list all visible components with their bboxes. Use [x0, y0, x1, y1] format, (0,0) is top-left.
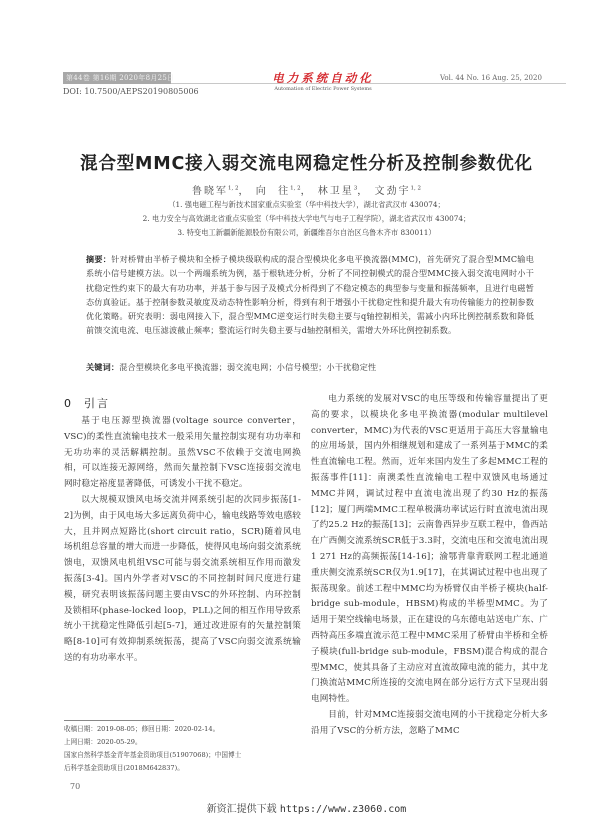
footnote-received-date: 收稿日期：2019-08-05；修回日期：2020-02-14。	[64, 724, 219, 734]
keywords: 关键词：混合型模块化多电平换流器；弱交流电网；小信号模型；小干扰稳定性	[86, 362, 534, 373]
watermark-url[interactable]: https://www.z3060.com	[280, 804, 406, 815]
paper-title: 混合型MMC接入弱交流电网稳定性分析及控制参数优化	[0, 150, 613, 175]
author-name: 文劲宇	[374, 186, 410, 197]
author-affil-mark: 3	[354, 186, 358, 192]
footnote-funding-cont: 后科学基金资助项目(2018M642837)。	[64, 763, 184, 773]
watermark-text: 新资汇提供下载	[207, 804, 277, 815]
author-affil-mark: 1, 2	[290, 186, 301, 192]
journal-english-name: Automation of Electric Power Systems	[255, 86, 391, 92]
left-column: 基于电压源型换流器(voltage source converter，VSC)的…	[64, 414, 301, 667]
abstract: 摘要：针对桥臂由半桥子模块和全桥子模块级联构成的混合型模块化多电平换流器(MMC…	[86, 252, 534, 338]
footnote-rule	[64, 720, 174, 721]
footnote-funding: 国家自然科学基金青年基金资助项目(51907068)；中国博士	[64, 750, 241, 760]
journal-logo: 电力系统自动化	[268, 70, 378, 86]
author-name: 向 往	[256, 186, 290, 197]
section-number: 0	[64, 397, 73, 410]
author-affil-mark: 1, 2	[228, 186, 239, 192]
page-number: 70	[70, 782, 80, 791]
abstract-label: 摘要：	[86, 254, 111, 264]
section-title: 引言	[84, 397, 110, 410]
affiliation-3: 3. 特变电工新疆新能源股份有限公司，新疆维吾尔自治区乌鲁木齐市 830011）	[0, 228, 613, 238]
author-name: 鲁晓军	[192, 186, 228, 197]
affiliation-1: （1. 强电磁工程与新技术国家重点实验室（华中科技大学），湖北省武汉市 4300…	[0, 200, 613, 210]
issue-banner: 第44卷 第16期 2020年8月25日	[63, 72, 171, 84]
body-paragraph: 电力系统的发展对VSC的电压等级和传输容量提出了更高的要求，以模块化多电平换流器…	[311, 392, 548, 708]
author-list: 鲁晓军1, 2， 向 往1, 2， 林卫星3， 文劲宇1, 2	[0, 182, 613, 197]
volume-info: Vol. 44 No. 16 Aug. 25, 2020	[440, 74, 542, 82]
download-watermark: 新资汇提供下载 https://www.z3060.com	[0, 800, 613, 815]
body-paragraph: 基于电压源型换流器(voltage source converter，VSC)的…	[64, 414, 301, 493]
keywords-label: 关键词：	[86, 362, 119, 372]
author-name: 林卫星	[318, 186, 354, 197]
right-column: 电力系统的发展对VSC的电压等级和传输容量提出了更高的要求，以模块化多电平换流器…	[311, 392, 548, 740]
author-affil-mark: 1, 2	[410, 186, 421, 192]
doi-label: DOI: 10.7500/AEPS20190805006	[63, 87, 199, 96]
section-heading: 0 引言	[64, 395, 110, 411]
footnote-online-date: 上网日期：2020-05-29。	[64, 737, 142, 747]
body-paragraph: 以大规模双馈风电场交流并网系统引起的次同步振荡[1-2]为例，由于风电场大多远离…	[64, 493, 301, 667]
keywords-text: 混合型模块化多电平换流器；弱交流电网；小信号模型；小干扰稳定性	[119, 362, 376, 372]
affiliation-2: 2. 电力安全与高效湖北省重点实验室（华中科技大学电气与电子工程学院），湖北省武…	[0, 214, 613, 224]
abstract-text: 针对桥臂由半桥子模块和全桥子模块级联构成的混合型模块化多电平换流器(MMC)，首…	[86, 254, 534, 335]
body-paragraph: 目前，针对MMC连接弱交流电网的小干扰稳定分析大多沿用了VSC的分析方法，忽略了…	[311, 708, 548, 740]
